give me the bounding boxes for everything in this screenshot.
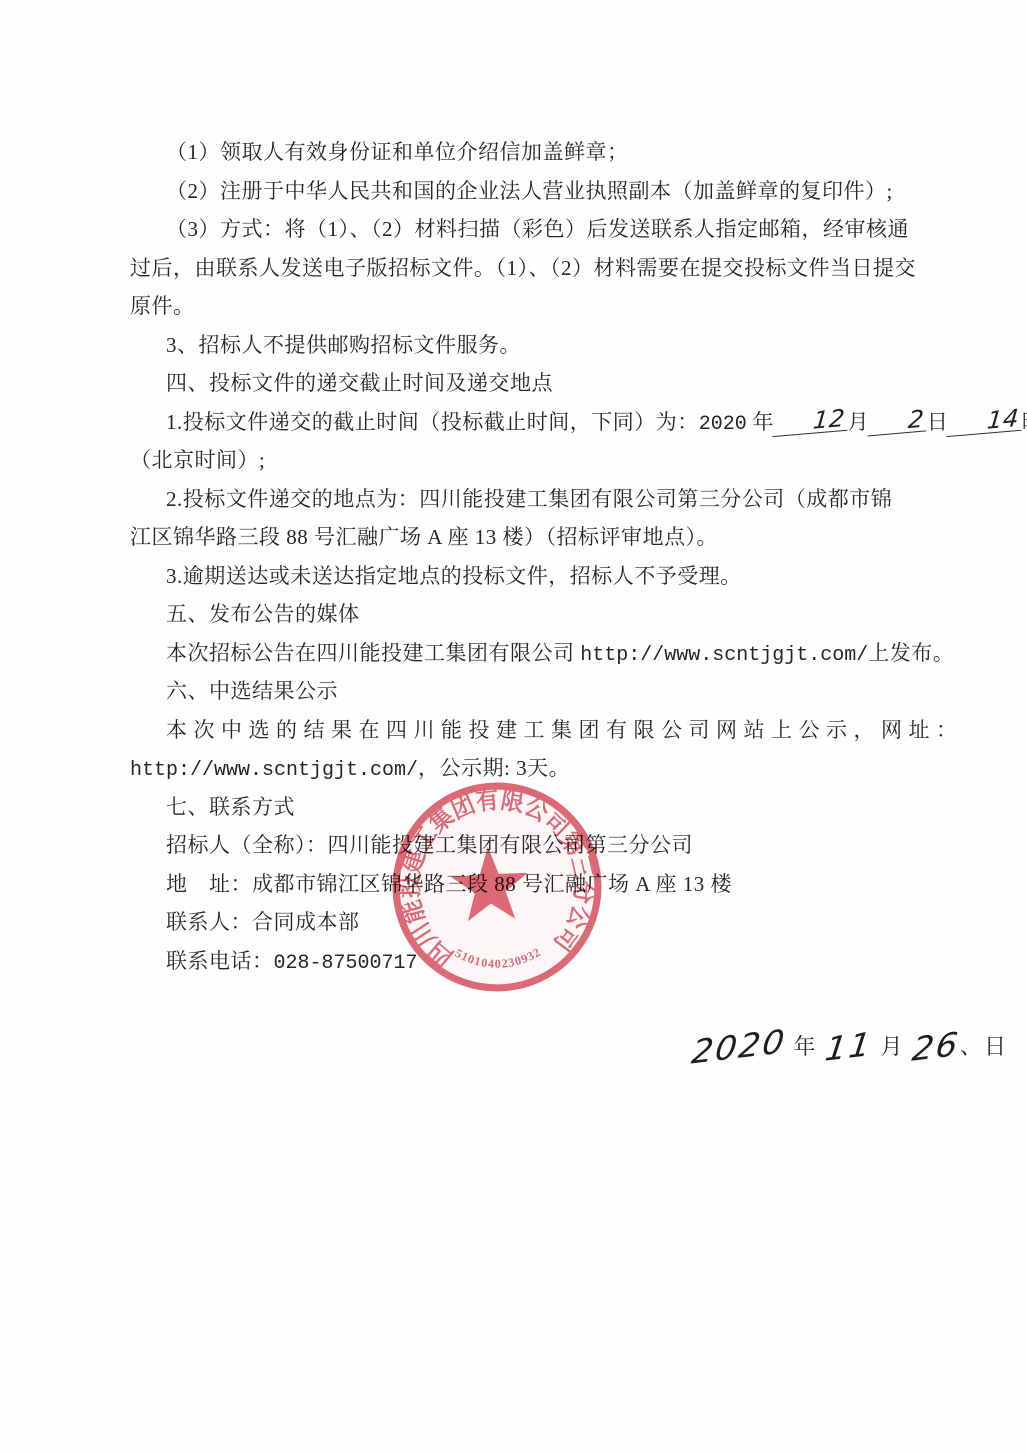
typewriter-text: http://www.scntjgjt.com/ bbox=[580, 644, 868, 667]
text-run: 联系人：合同成本部 bbox=[166, 910, 360, 934]
text-line: 本次中选的结果在四川能投建工集团有限公司网站上公示，网址： bbox=[130, 711, 908, 750]
text-run: 2.投标文件递交的地点为：四川能投建工集团有限公司第三分公司（成都市锦 bbox=[166, 487, 892, 511]
text-run: 过后，由联系人发送电子版招标文件。（1）、（2）材料需要在提交投标文件当日提交 bbox=[130, 256, 916, 280]
typewriter-text: http://www.scntjgjt.com/ bbox=[130, 759, 418, 782]
text-line: （1）领取人有效身份证和单位介绍信加盖鲜章； bbox=[130, 133, 908, 172]
handwritten-number: 26 bbox=[910, 1027, 961, 1065]
text-run: 招标人（全称）：四川能投建工集团有限公司第三分公司 bbox=[166, 833, 693, 857]
text-run: 日 bbox=[927, 410, 949, 434]
text-run: ，公示期: 3天。 bbox=[418, 756, 570, 780]
text-run: 六、中选结果公示 bbox=[166, 679, 338, 703]
handwritten-number: 2 bbox=[868, 406, 929, 436]
text-line: 1.投标文件递交的截止时间（投标截止时间，下同）为：2020 年12月2日14时… bbox=[130, 403, 908, 442]
text-run: 年 bbox=[786, 1034, 825, 1059]
text-line: （2）注册于中华人民共和国的企业法人营业执照副本（加盖鲜章的复印件）; bbox=[130, 172, 908, 211]
text-run: 时 bbox=[1022, 410, 1027, 434]
text-line: 江区锦华路三段 88 号汇融广场 A 座 13 楼）（招标评审地点）。 bbox=[130, 518, 908, 557]
text-run: 月 bbox=[848, 410, 870, 434]
text-run: （2）注册于中华人民共和国的企业法人营业执照副本（加盖鲜章的复印件）; bbox=[166, 179, 893, 203]
text-line: 七、联系方式 bbox=[130, 788, 908, 827]
text-run: 五、发布公告的媒体 bbox=[166, 602, 360, 626]
text-line: 六、中选结果公示 bbox=[130, 672, 908, 711]
text-line: 3、招标人不提供邮购招标文件服务。 bbox=[130, 326, 908, 365]
text-run: 本次中选的结果在四川能投建工集团有限公司网站上公示，网址： bbox=[166, 718, 964, 742]
typewriter-text: 2020 bbox=[699, 413, 747, 436]
text-line: 地 址：成都市锦江区锦华路三段 88 号汇融广场 A 座 13 楼 bbox=[130, 865, 908, 904]
text-run: （3）方式：将（1）、（2）材料扫描（彩色）后发送联系人指定邮箱，经审核通 bbox=[166, 217, 909, 241]
handwritten-number: 12 bbox=[772, 405, 849, 436]
text-line: 原件。 bbox=[130, 287, 908, 326]
text-run: 七、联系方式 bbox=[166, 795, 295, 819]
text-line: http://www.scntjgjt.com/，公示期: 3天。 bbox=[130, 749, 908, 788]
text-run: 年 bbox=[747, 410, 774, 434]
text-run: （北京时间）; bbox=[130, 448, 265, 472]
text-run: 本次招标公告在四川能投建工集团有限公司 bbox=[166, 641, 580, 665]
text-run: 3.逾期送达或未送达指定地点的投标文件，招标人不予受理。 bbox=[166, 564, 742, 588]
text-run: 上发布。 bbox=[868, 641, 954, 665]
text-line: 五、发布公告的媒体 bbox=[130, 595, 908, 634]
text-run: （1）领取人有效身份证和单位介绍信加盖鲜章； bbox=[166, 140, 629, 164]
text-line: 联系电话：028-87500717 bbox=[130, 942, 908, 981]
text-line: 本次招标公告在四川能投建工集团有限公司 http://www.scntjgjt.… bbox=[130, 634, 908, 673]
text-line: （北京时间）; bbox=[130, 441, 908, 480]
typewriter-text: 028-87500717 bbox=[274, 952, 418, 975]
text-line: 招标人（全称）：四川能投建工集团有限公司第三分公司 bbox=[130, 826, 908, 865]
text-run: 联系电话： bbox=[166, 949, 274, 973]
text-run: 月 bbox=[873, 1034, 912, 1059]
handwritten-number: 11 bbox=[823, 1027, 874, 1065]
text-line: 3.逾期送达或未送达指定地点的投标文件，招标人不予受理。 bbox=[130, 557, 908, 596]
text-run: 四、投标文件的递交截止时间及递交地点 bbox=[166, 371, 553, 395]
handwritten-number: 14 bbox=[947, 405, 1024, 436]
text-run: 地 址：成都市锦江区锦华路三段 88 号汇融广场 A 座 13 楼 bbox=[166, 872, 732, 896]
scanned-document-page: （1）领取人有效身份证和单位介绍信加盖鲜章；（2）注册于中华人民共和国的企业法人… bbox=[0, 0, 1027, 1452]
document-body: （1）领取人有效身份证和单位介绍信加盖鲜章；（2）注册于中华人民共和国的企业法人… bbox=[130, 133, 908, 980]
date-line: 2020 年 11 月 26、日 bbox=[692, 1030, 972, 1063]
text-run: 3、招标人不提供邮购招标文件服务。 bbox=[166, 333, 521, 357]
text-line: （3）方式：将（1）、（2）材料扫描（彩色）后发送联系人指定邮箱，经审核通 bbox=[130, 210, 908, 249]
text-line: 四、投标文件的递交截止时间及递交地点 bbox=[130, 364, 908, 403]
text-run: 江区锦华路三段 88 号汇融广场 A 座 13 楼）（招标评审地点）。 bbox=[130, 525, 718, 549]
handwritten-number: 2020 bbox=[690, 1025, 788, 1069]
text-line: 联系人：合同成本部 bbox=[130, 903, 908, 942]
text-run: 原件。 bbox=[130, 294, 195, 318]
text-line: 2.投标文件递交的地点为：四川能投建工集团有限公司第三分公司（成都市锦 bbox=[130, 480, 908, 519]
text-run: 、日 bbox=[960, 1034, 1008, 1059]
text-line: 过后，由联系人发送电子版招标文件。（1）、（2）材料需要在提交投标文件当日提交 bbox=[130, 249, 908, 288]
text-run: 1.投标文件递交的截止时间（投标截止时间，下同）为： bbox=[166, 410, 699, 434]
